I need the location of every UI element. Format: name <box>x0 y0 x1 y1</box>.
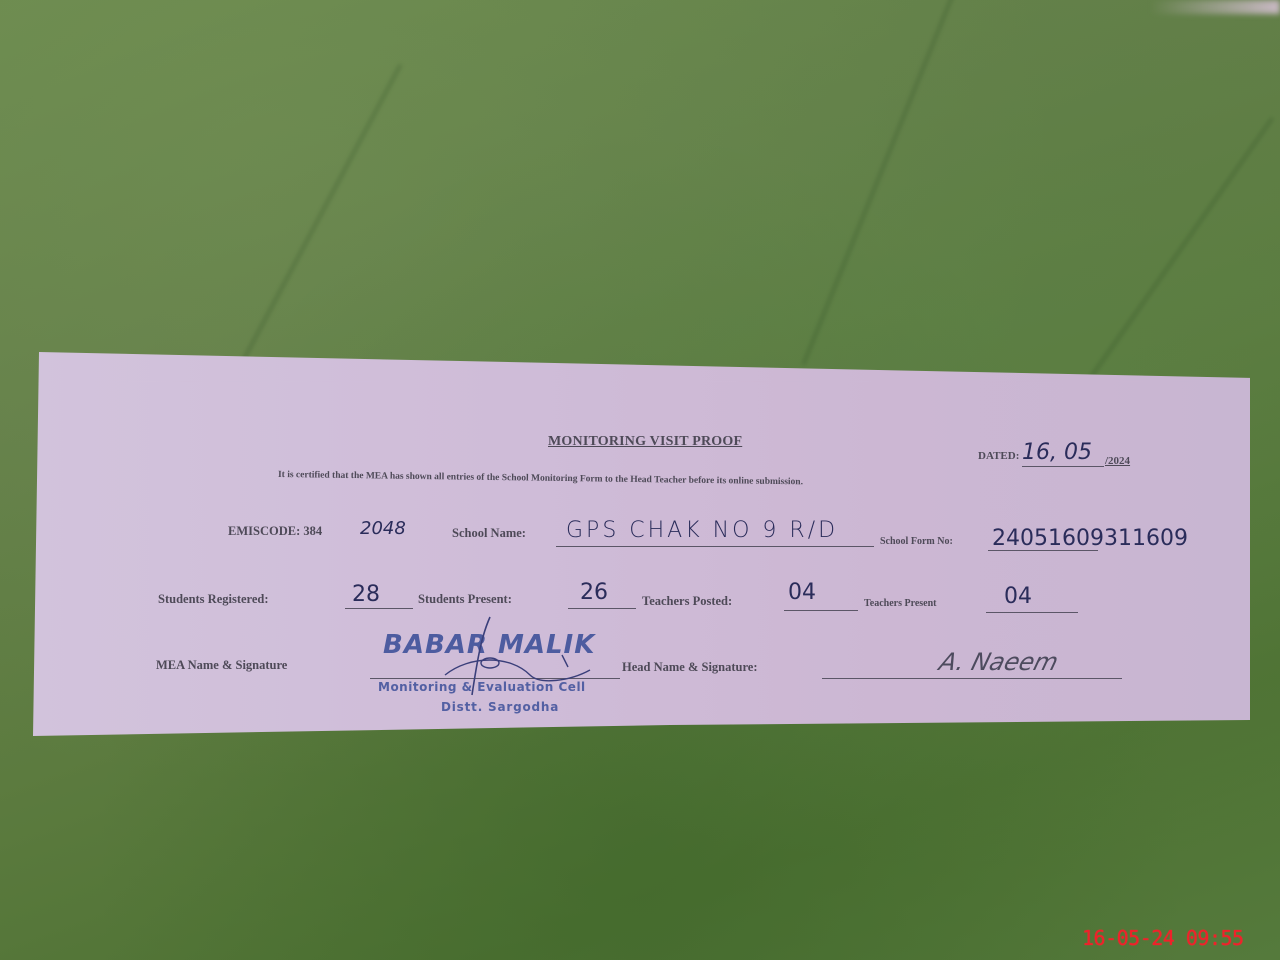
teachers-posted-label: Teachers Posted: <box>642 594 732 609</box>
dated-year: /2024 <box>1105 455 1130 467</box>
teachers-present-underline <box>986 612 1078 613</box>
teachers-present-value: 04 <box>1004 584 1032 609</box>
school-form-label: School Form No: <box>880 536 953 547</box>
emiscode-handwritten: 2048 <box>360 518 406 539</box>
mea-signature-scribble <box>420 615 620 705</box>
mea-signature-label: MEA Name & Signature <box>156 658 287 673</box>
head-signature-label: Head Name & Signature: <box>622 660 758 675</box>
cloth-fold <box>801 0 962 365</box>
teachers-present-label: Teachers Present <box>864 598 937 609</box>
head-signature: A. Naeem <box>936 648 1061 676</box>
head-signature-underline <box>822 678 1122 679</box>
dated-value: 16, 05 <box>1022 440 1092 465</box>
teachers-posted-value: 04 <box>788 580 816 605</box>
emiscode-label-text: EMISCODE: <box>228 524 300 538</box>
teachers-posted-underline <box>784 610 858 611</box>
students-present-value: 26 <box>580 580 608 605</box>
background-object-corner <box>1150 0 1280 14</box>
students-registered-underline <box>345 608 413 609</box>
school-name-label: School Name: <box>452 526 526 541</box>
school-name-value: GPS CHAK NO 9 R/D <box>566 518 838 543</box>
students-registered-label: Students Registered: <box>158 592 269 607</box>
emiscode-printed: 384 <box>303 524 322 538</box>
dated-underline <box>1022 466 1104 467</box>
students-registered-value: 28 <box>352 582 380 607</box>
school-name-underline <box>556 546 874 547</box>
emiscode-label: EMISCODE: 384 <box>228 524 322 539</box>
school-form-value: 24051609311609 <box>992 526 1188 551</box>
dated-label: DATED: <box>978 450 1019 462</box>
camera-timestamp: 16-05-24 09:55 <box>1082 926 1244 950</box>
form-title: MONITORING VISIT PROOF <box>548 434 742 450</box>
students-present-label: Students Present: <box>418 592 512 607</box>
students-present-underline <box>568 608 636 609</box>
